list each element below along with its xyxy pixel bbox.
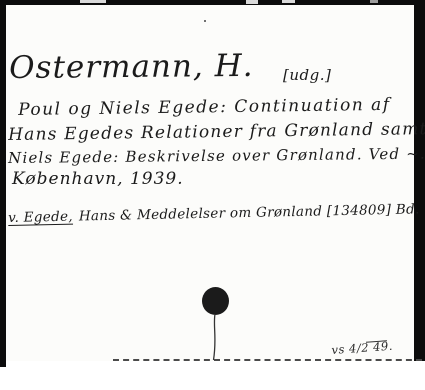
catalog-card-scan: Ostermann, H. [udg.] Poul og Niels Egede… (0, 0, 425, 390)
scan-border-gap (282, 0, 295, 3)
scan-border-left (0, 0, 6, 367)
scan-border-gap (246, 0, 258, 4)
author-heading: Ostermann, H. (9, 48, 254, 86)
thread-line (206, 314, 222, 361)
imprint-line: København, 1939. (12, 169, 184, 189)
card-bottom-edge (113, 359, 422, 361)
scan-border-gap (80, 0, 106, 3)
punch-hole (202, 287, 229, 315)
scan-border-gap (370, 0, 378, 3)
cross-reference-lead: v. Egede, (8, 209, 73, 226)
scan-border-right (414, 0, 425, 361)
ink-speck (204, 20, 206, 22)
scan-border-top (0, 0, 425, 5)
editor-annotation: [udg.] (283, 66, 331, 84)
